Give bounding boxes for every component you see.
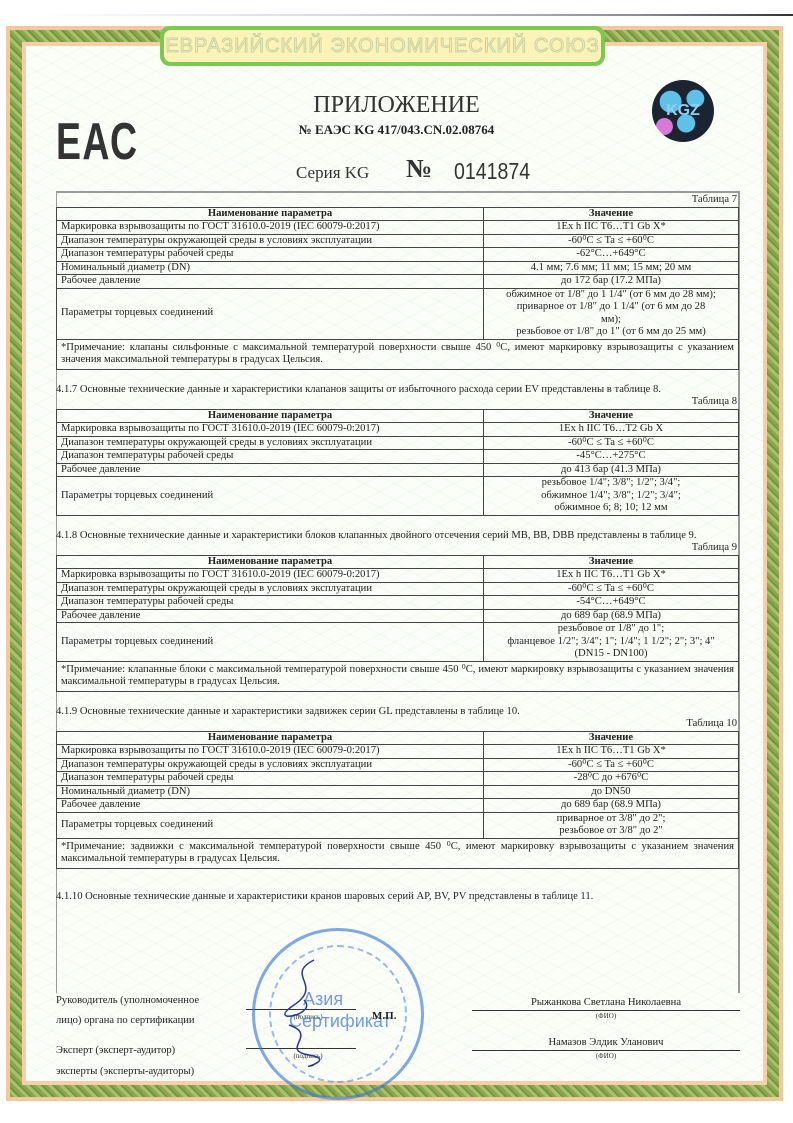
table-row: Номинальный диаметр (DN)до DN50 <box>57 785 739 799</box>
table-row: Маркировка взрывозащиты по ГОСТ 31610.0-… <box>57 423 739 437</box>
table-row: Параметры торцевых соединений резьбовое … <box>57 477 739 516</box>
paragraph-4-1-10: 4.1.10 Основные технические данные и хар… <box>56 891 739 904</box>
page-title: ПРИЛОЖЕНИЕ <box>0 92 793 119</box>
fio-caption: (ФИО) <box>472 1052 740 1060</box>
eac-logo: ЕАС <box>56 112 138 172</box>
table-row: Рабочее давлениедо 172 бар (17.2 МПа) <box>57 275 739 289</box>
expert-label-line2: эксперты (эксперты-аудиторы) <box>56 1066 194 1077</box>
table-row: Диапазон температуры окружающей среды в … <box>57 234 739 248</box>
seal-mark: М.П. <box>372 1010 396 1022</box>
union-banner-text: ЕВРАЗИЙСКИЙ ЭКОНОМИЧЕСКИЙ СОЮЗ <box>164 30 601 62</box>
expert-label-line1: Эксперт (эксперт-аудитор) <box>56 1045 175 1056</box>
number-sign: № <box>406 154 432 184</box>
table-row: Диапазон температуры окружающей среды в … <box>57 436 739 450</box>
table-row: Параметры торцевых соединений резьбовое … <box>57 623 739 662</box>
table-caption: Таблица 7 <box>56 191 739 207</box>
table-row: Диапазон температуры рабочей среды-45°C…… <box>57 450 739 464</box>
table-row: Маркировка взрывозащиты по ГОСТ 31610.0-… <box>57 569 739 583</box>
blank-number: 0141874 <box>454 158 530 185</box>
document-body: Таблица 7 Наименование параметраЗначение… <box>56 191 739 903</box>
table-9: Наименование параметраЗначение Маркировк… <box>56 555 739 692</box>
table-row: Диапазон температуры рабочей среды-62°C…… <box>57 248 739 262</box>
head-name: Рыжанкова Светлана Николаевна <box>472 997 740 1008</box>
column-header-value: Значение <box>484 731 739 745</box>
table-row: Диапазон температуры рабочей среды-54°C…… <box>57 596 739 610</box>
head-label-line1: Руководитель (уполномоченное <box>56 995 199 1006</box>
paragraph-4-1-7: 4.1.7 Основные технические данные и хара… <box>56 384 739 397</box>
table-note: *Примечание: клапанные блоки с максималь… <box>57 661 739 691</box>
table-caption: Таблица 9 <box>56 542 739 555</box>
table-row: Рабочее давлениедо 413 бар (41.3 МПа) <box>57 463 739 477</box>
head-label-line2: лицо) органа по сертификации <box>56 1015 195 1026</box>
column-header-param: Наименование параметра <box>57 409 484 423</box>
table-row: Маркировка взрывозащиты по ГОСТ 31610.0-… <box>57 745 739 759</box>
expert-fio-line <box>472 1050 740 1051</box>
table-row: Рабочее давлениедо 689 бар (68.9 МПа) <box>57 609 739 623</box>
table-row: Диапазон температуры окружающей среды в … <box>57 582 739 596</box>
table-caption: Таблица 8 <box>56 396 739 409</box>
document-number: № ЕАЭС KG 417/043.CN.02.08764 <box>0 122 793 138</box>
table-row: Маркировка взрывозащиты по ГОСТ 31610.0-… <box>57 221 739 235</box>
paragraph-4-1-9: 4.1.9 Основные технические данные и хара… <box>56 706 739 719</box>
table-8: Наименование параметраЗначение Маркировк… <box>56 409 739 516</box>
table-row: Номинальный диаметр (DN)4.1 мм; 7.6 мм; … <box>57 261 739 275</box>
column-header-param: Наименование параметра <box>57 207 484 221</box>
column-header-param: Наименование параметра <box>57 731 484 745</box>
table-note: *Примечание: клапаны сильфонные с максим… <box>57 339 739 369</box>
scan-edge-line <box>40 14 793 16</box>
table-note: *Примечание: задвижки с максимальной тем… <box>57 838 739 868</box>
table-10: Наименование параметраЗначение Маркировк… <box>56 731 739 869</box>
expert-name: Намазов Элдик Уланович <box>472 1037 740 1048</box>
handwritten-signature-icon <box>274 955 334 1075</box>
union-banner: ЕВРАЗИЙСКИЙ ЭКОНОМИЧЕСКИЙ СОЮЗ <box>160 26 605 66</box>
fio-caption: (ФИО) <box>472 1012 740 1020</box>
table-caption: Таблица 10 <box>56 718 739 731</box>
table-row: Диапазон температуры рабочей среды-28⁰C … <box>57 772 739 786</box>
column-header-value: Значение <box>484 409 739 423</box>
column-header-value: Значение <box>484 555 739 569</box>
series-label: Серия KG <box>296 163 369 183</box>
paragraph-4-1-8: 4.1.8 Основные технические данные и хара… <box>56 530 739 543</box>
table-7: Наименование параметраЗначение Маркировк… <box>56 207 739 370</box>
table-row: Параметры торцевых соединений приварное … <box>57 812 739 838</box>
head-fio-line <box>472 1010 740 1011</box>
column-header-param: Наименование параметра <box>57 555 484 569</box>
table-row: Рабочее давлениедо 689 бар (68.9 МПа) <box>57 799 739 813</box>
table-row: Параметры торцевых соединений обжимное о… <box>57 288 739 339</box>
table-row: Диапазон температуры окружающей среды в … <box>57 758 739 772</box>
column-header-value: Значение <box>484 207 739 221</box>
